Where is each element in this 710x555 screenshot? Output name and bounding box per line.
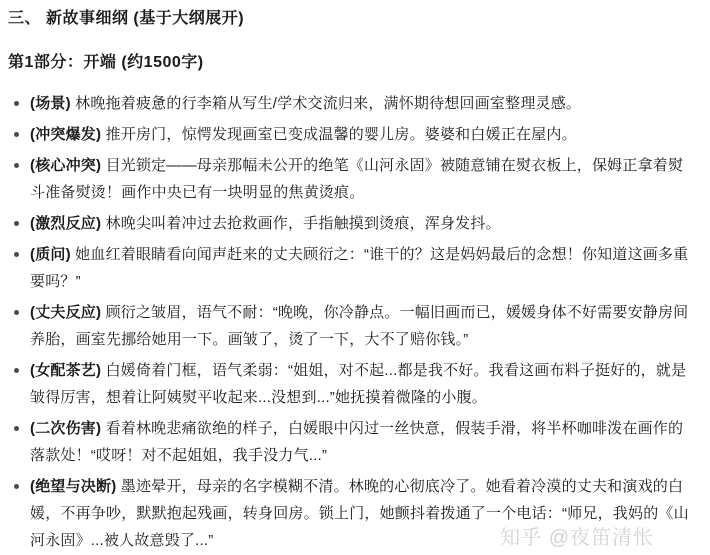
outline-item-core-conflict: (核心冲突) 目光锁定——母亲那幅未公开的绝笔《山河永固》被随意铺在熨衣板上，保…	[30, 152, 696, 206]
item-label: (质问)	[30, 246, 71, 263]
outline-item-despair-decision: (绝望与决断) 墨迹晕开，母亲的名字模糊不清。林晚的心彻底冷了。她看着冷漠的丈夫…	[30, 473, 696, 554]
outline-item-scene: (场景) 林晚拖着疲惫的行李箱从写生/学术交流归来，满怀期待想回画室整理灵感。	[30, 90, 696, 117]
outline-list: (场景) 林晚拖着疲惫的行李箱从写生/学术交流归来，满怀期待想回画室整理灵感。 …	[8, 90, 696, 554]
story-outline-document: 三、 新故事细纲 (基于大纲展开) 第1部分：开端 (约1500字) (场景) …	[0, 0, 710, 554]
item-text: 她血红着眼睛看向闻声赶来的丈夫顾衍之：“谁干的？这是妈妈最后的念想！你知道这画多…	[30, 246, 688, 290]
item-text: 看着林晚悲痛欲绝的样子，白媛眼中闪过一丝快意，假装手滑，将半杯咖啡泼在画作的落款…	[30, 420, 683, 464]
item-label: (激烈反应)	[30, 215, 101, 232]
item-label: (二次伤害)	[30, 420, 101, 437]
item-label: (场景)	[30, 95, 71, 112]
outline-item-rival-acting: (女配茶艺) 白媛倚着门框，语气柔弱：“姐姐，对不起...都是我不好。我看这画布…	[30, 357, 696, 411]
item-text: 墨迹晕开，母亲的名字模糊不清。林晚的心彻底冷了。她看着冷漠的丈夫和演戏的白媛，不…	[30, 478, 689, 549]
outline-item-husband-response: (丈夫反应) 顾衍之皱眉，语气不耐：“晚晚，你冷静点。一幅旧画而已，媛媛身体不好…	[30, 299, 696, 353]
item-label: (核心冲突)	[30, 157, 101, 174]
outline-item-conflict-start: (冲突爆发) 推开房门，惊愕发现画室已变成温馨的婴儿房。婆婆和白媛正在屋内。	[30, 121, 696, 148]
item-label: (冲突爆发)	[30, 126, 101, 143]
item-text: 推开房门，惊愕发现画室已变成温馨的婴儿房。婆婆和白媛正在屋内。	[101, 126, 577, 143]
item-label: (绝望与决断)	[30, 478, 116, 495]
item-text: 白媛倚着门框，语气柔弱：“姐姐，对不起...都是我不好。我看这画布料子挺好的，就…	[30, 362, 686, 406]
item-text: 目光锁定——母亲那幅未公开的绝笔《山河永固》被随意铺在熨衣板上，保姆正拿着熨斗准…	[30, 157, 683, 201]
outline-item-questioning: (质问) 她血红着眼睛看向闻声赶来的丈夫顾衍之：“谁干的？这是妈妈最后的念想！你…	[30, 241, 696, 295]
outline-item-second-harm: (二次伤害) 看着林晚悲痛欲绝的样子，白媛眼中闪过一丝快意，假装手滑，将半杯咖啡…	[30, 415, 696, 469]
part-1-heading: 第1部分：开端 (约1500字)	[8, 52, 696, 74]
item-text: 林晚尖叫着冲过去抢救画作，手指触摸到烫痕，浑身发抖。	[101, 215, 501, 232]
item-text: 顾衍之皱眉，语气不耐：“晚晚，你冷静点。一幅旧画而已，媛媛身体不好需要安静房间养…	[30, 304, 688, 348]
outline-item-reaction: (激烈反应) 林晚尖叫着冲过去抢救画作，手指触摸到烫痕，浑身发抖。	[30, 210, 696, 237]
item-text: 林晚拖着疲惫的行李箱从写生/学术交流归来，满怀期待想回画室整理灵感。	[71, 95, 581, 112]
item-label: (女配茶艺)	[30, 362, 101, 379]
document-title: 三、 新故事细纲 (基于大纲展开)	[8, 8, 696, 30]
item-label: (丈夫反应)	[30, 304, 101, 321]
